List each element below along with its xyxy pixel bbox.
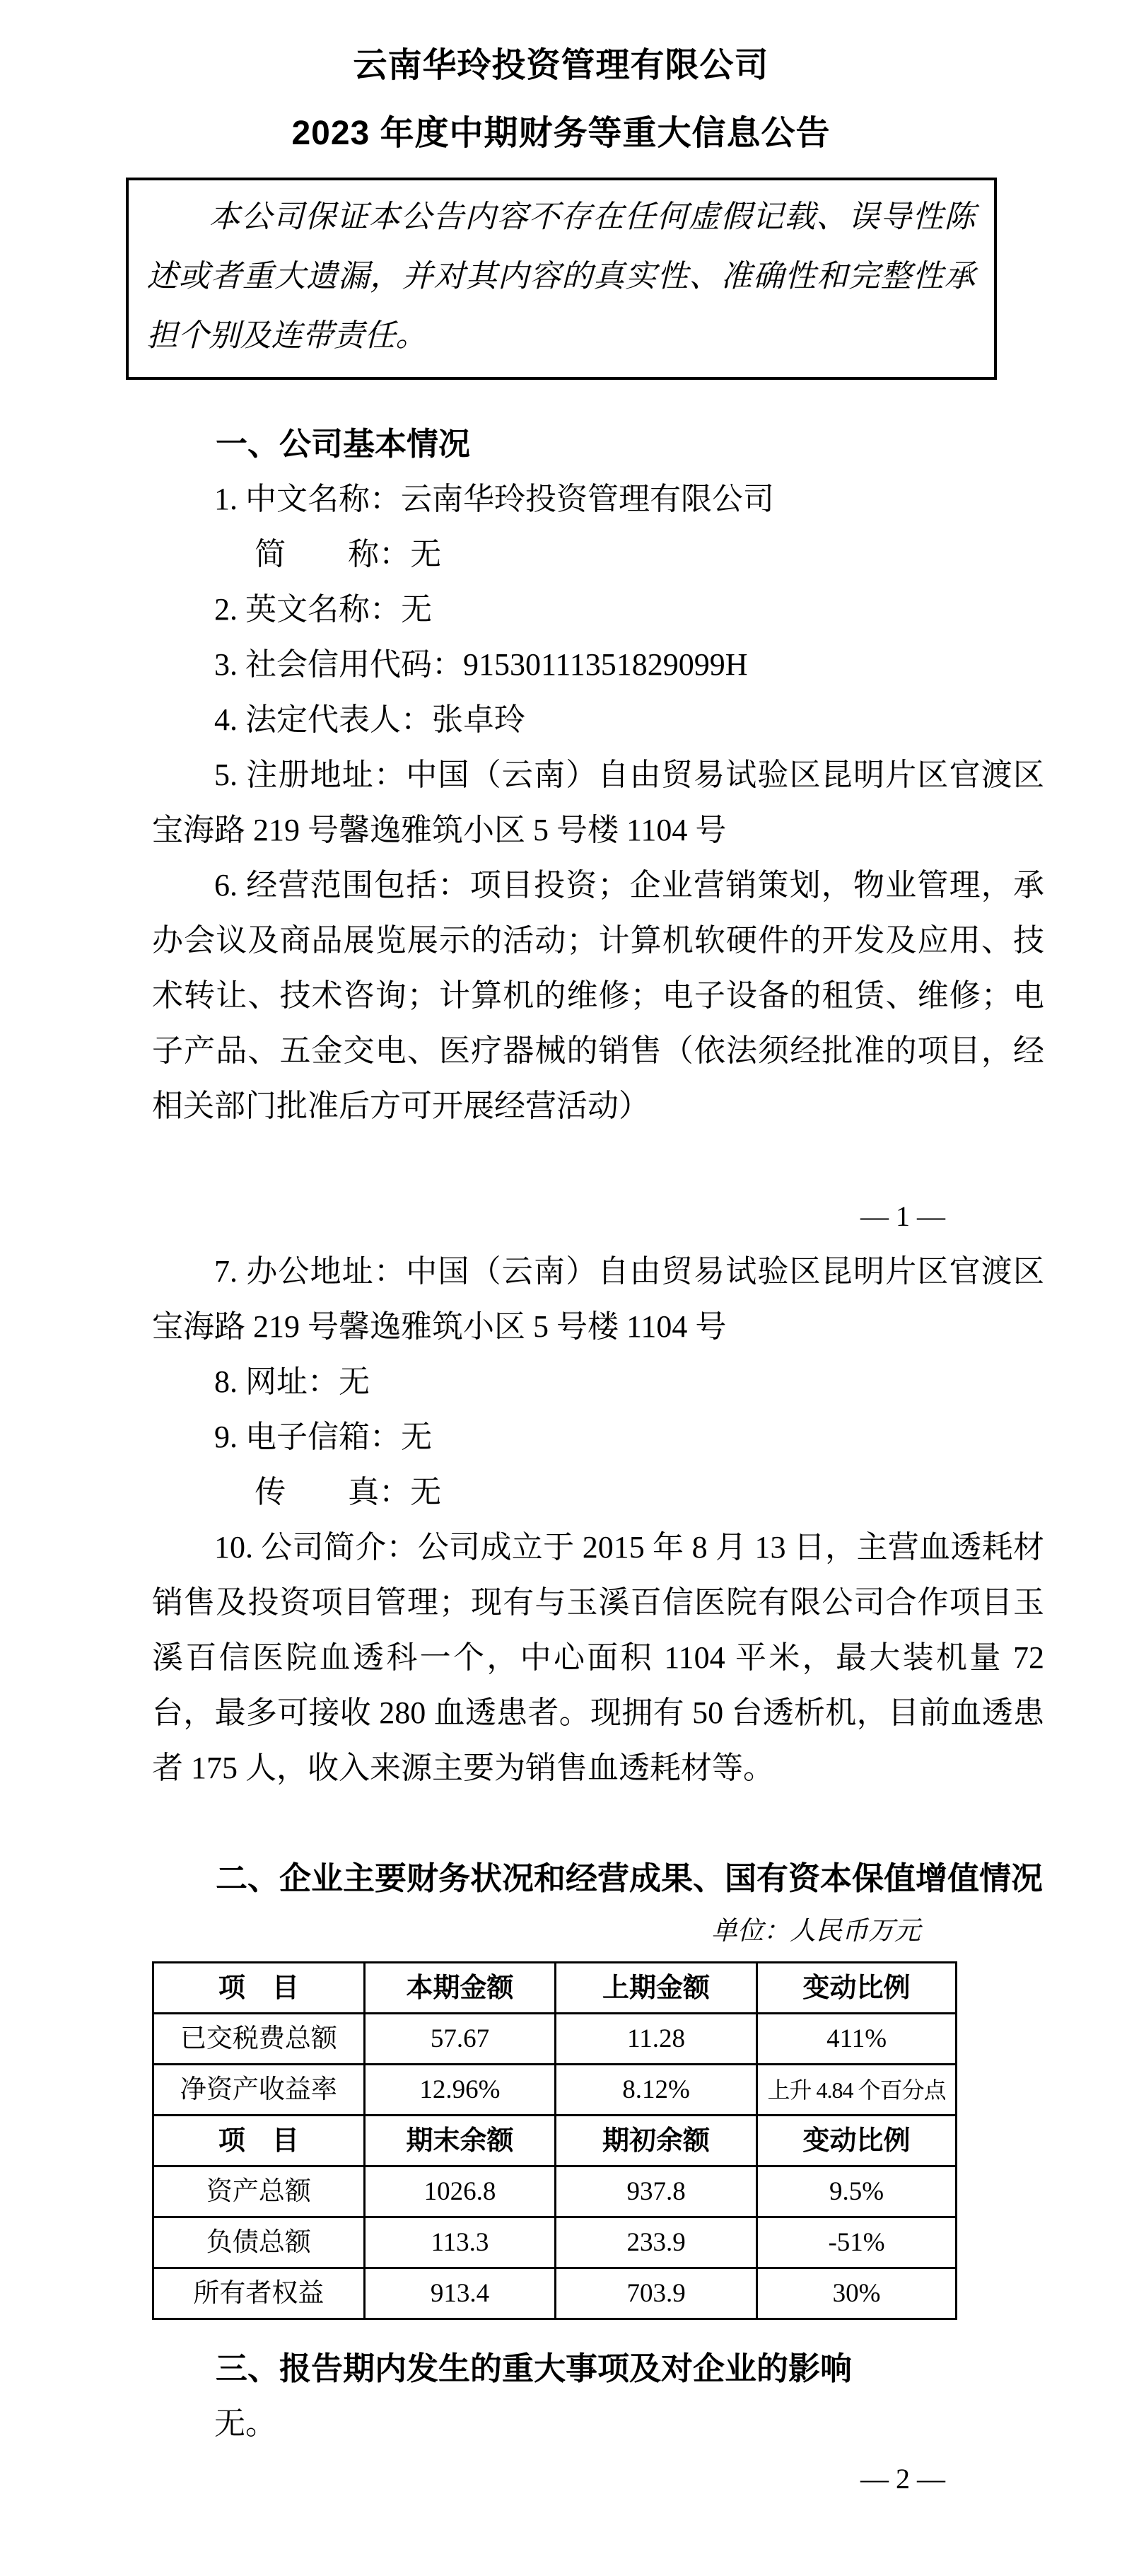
table-data-cell: 913.4 bbox=[364, 2268, 555, 2319]
item-credit-code: 3. 社会信用代码：91530111351829099H bbox=[152, 637, 1044, 692]
section-3-heading: 三、报告期内发生的重大事项及对企业的影响 bbox=[152, 2341, 1044, 2396]
section-1-heading: 一、公司基本情况 bbox=[152, 417, 1044, 472]
table-data-cell: 已交税费总额 bbox=[153, 2014, 365, 2065]
page-1-marker: — 1 — bbox=[152, 1189, 1044, 1244]
table-data-cell: 9.5% bbox=[757, 2166, 957, 2217]
table-header-row-flow: 项 目 本期金额 上期金额 变动比例 bbox=[153, 1963, 957, 2014]
table-data-cell: 57.67 bbox=[364, 2014, 555, 2065]
document-body: 一、公司基本情况 1. 中文名称：云南华玲投资管理有限公司 简 称：无 2. 英… bbox=[152, 417, 1044, 2507]
table-row-taxes-paid: 已交税费总额 57.67 11.28 411% bbox=[153, 2014, 957, 2065]
item-chinese-name: 1. 中文名称：云南华玲投资管理有限公司 bbox=[152, 472, 1044, 527]
table-header-cell: 变动比例 bbox=[757, 2116, 957, 2166]
table-data-cell: 资产总额 bbox=[153, 2166, 365, 2217]
table-data-cell: 所有者权益 bbox=[153, 2268, 365, 2319]
disclaimer-notice-text: 本公司保证本公告内容不存在任何虚假记载、误导性陈述或者重大遗漏，并对其内容的真实… bbox=[147, 187, 976, 366]
table-row-total-liabilities: 负债总额 113.3 233.9 -51% bbox=[153, 2217, 957, 2268]
table-header-row-balance: 项 目 期末余额 期初余额 变动比例 bbox=[153, 2116, 957, 2166]
item-email: 9. 电子信箱：无 bbox=[152, 1410, 1044, 1465]
table-row-owners-equity: 所有者权益 913.4 703.9 30% bbox=[153, 2268, 957, 2319]
table-header-cell: 上期金额 bbox=[556, 1963, 757, 2014]
table-data-cell: 8.12% bbox=[556, 2065, 757, 2116]
section-2-heading: 二、企业主要财务状况和经营成果、国有资本保值增值情况 bbox=[152, 1851, 1044, 1906]
document-page: 云南华玲投资管理有限公司 2023 年度中期财务等重大信息公告 本公司保证本公告… bbox=[0, 0, 1122, 2576]
table-data-cell: 上升 4.84 个百分点 bbox=[757, 2065, 957, 2116]
table-data-cell: 411% bbox=[757, 2014, 957, 2065]
table-unit-note: 单位：人民币万元 bbox=[152, 1906, 1044, 1957]
table-header-cell: 项 目 bbox=[153, 2116, 365, 2166]
table-header-cell: 期初余额 bbox=[556, 2116, 757, 2166]
disclaimer-notice-box: 本公司保证本公告内容不存在任何虚假记载、误导性陈述或者重大遗漏，并对其内容的真实… bbox=[126, 178, 997, 380]
document-header: 云南华玲投资管理有限公司 2023 年度中期财务等重大信息公告 bbox=[0, 0, 1122, 168]
table-header-cell: 变动比例 bbox=[757, 1963, 957, 2014]
table-data-cell: 703.9 bbox=[556, 2268, 757, 2319]
table-data-cell: 233.9 bbox=[556, 2217, 757, 2268]
table-data-cell: 1026.8 bbox=[364, 2166, 555, 2217]
table-data-cell: 负债总额 bbox=[153, 2217, 365, 2268]
table-data-cell: -51% bbox=[757, 2217, 957, 2268]
table-header-cell: 期末余额 bbox=[364, 2116, 555, 2166]
item-business-scope: 6. 经营范围包括：项目投资；企业营销策划，物业管理，承办会议及商品展览展示的活… bbox=[152, 858, 1044, 1134]
item-website: 8. 网址：无 bbox=[152, 1354, 1044, 1410]
table-data-cell: 11.28 bbox=[556, 2014, 757, 2065]
item-english-name: 2. 英文名称：无 bbox=[152, 582, 1044, 637]
document-title-line1: 云南华玲投资管理有限公司 bbox=[0, 32, 1122, 100]
table-data-cell: 937.8 bbox=[556, 2166, 757, 2217]
document-title-line2: 2023 年度中期财务等重大信息公告 bbox=[0, 100, 1122, 168]
item-company-profile: 10. 公司简介：公司成立于 2015 年 8 月 13 日，主营血透耗材销售及… bbox=[152, 1520, 1044, 1796]
item-registered-address: 5. 注册地址：中国（云南）自由贸易试验区昆明片区官渡区宝海路 219 号馨逸雅… bbox=[152, 748, 1044, 858]
table-row-roe: 净资产收益率 12.96% 8.12% 上升 4.84 个百分点 bbox=[153, 2065, 957, 2116]
item-fax: 传 真：无 bbox=[152, 1465, 1044, 1520]
section-3-content: 无。 bbox=[152, 2396, 1044, 2452]
table-header-cell: 本期金额 bbox=[364, 1963, 555, 2014]
table-header-cell: 项 目 bbox=[153, 1963, 365, 2014]
table-data-cell: 净资产收益率 bbox=[153, 2065, 365, 2116]
item-legal-rep: 4. 法定代表人：张卓玲 bbox=[152, 692, 1044, 748]
table-row-total-assets: 资产总额 1026.8 937.8 9.5% bbox=[153, 2166, 957, 2217]
item-office-address: 7. 办公地址：中国（云南）自由贸易试验区昆明片区官渡区宝海路 219 号馨逸雅… bbox=[152, 1244, 1044, 1354]
financial-table: 项 目 本期金额 上期金额 变动比例 已交税费总额 57.67 11.28 41… bbox=[152, 1961, 957, 2320]
table-data-cell: 113.3 bbox=[364, 2217, 555, 2268]
item-short-name: 简 称：无 bbox=[152, 527, 1044, 582]
table-data-cell: 30% bbox=[757, 2268, 957, 2319]
page-2-marker: — 2 — bbox=[152, 2452, 1044, 2507]
table-data-cell: 12.96% bbox=[364, 2065, 555, 2116]
